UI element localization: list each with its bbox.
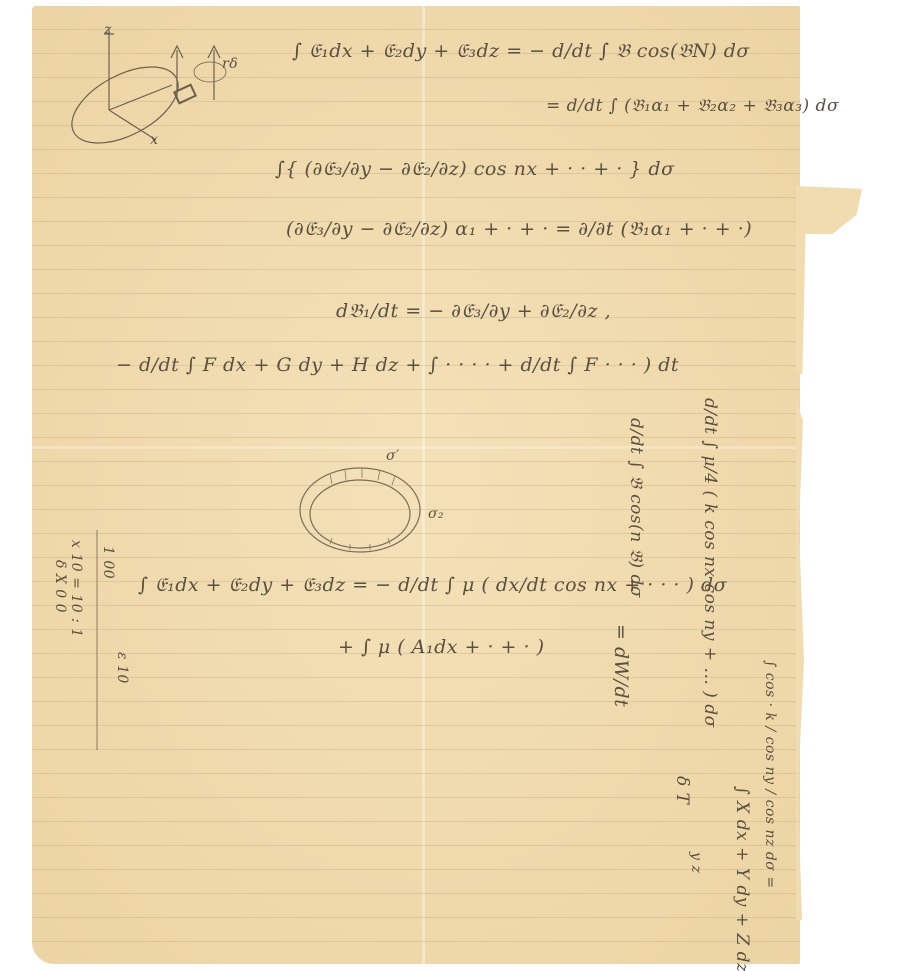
margin-right-line-2: d/dt ∫ 𝔅 cos(n 𝔅) dσ — [626, 418, 646, 598]
axis-x-label: x — [150, 132, 158, 148]
equation-6-continuation: + ∫ μ ( A₁dx + · + · ) — [338, 636, 544, 658]
axis-z-label: z — [104, 22, 112, 38]
margin-right-line-1: d/dt ∫ μ/4 ( k cos nx cos ny + ... ) dσ — [700, 398, 720, 728]
ring-sketch — [270, 430, 490, 570]
margin-right-line-5: δ T — [672, 776, 692, 804]
margin-left-text-3: 1 00 — [100, 546, 116, 579]
marker-label: rδ — [222, 56, 238, 72]
margin-left-text-2: δ X 0 0 — [52, 560, 68, 613]
ring-label-right: σ₂ — [428, 506, 444, 522]
margin-right-line-3: ∫ cos · k / cos ny / cos nz dσ = — [762, 660, 778, 889]
torn-edge — [796, 234, 812, 374]
margin-left-text-1: x 10 = 10 : 1 — [68, 540, 84, 638]
equation-4: d𝔅₁/dt = − ∂𝔈₃/∂y + ∂𝔈₂/∂z , — [336, 300, 611, 322]
margin-right-line-6: y z — [688, 852, 704, 873]
margin-right-line-4: ∫ X dx + Y dy + Z dz — [732, 786, 752, 971]
margin-left-text-4: ε 10 — [114, 652, 130, 684]
equation-2: ∫{ (∂𝔈₃/∂y − ∂𝔈₂/∂z) cos nx + · · + · } … — [275, 158, 675, 180]
equation-5: − d/dt ∫ F dx + G dy + H dz + ∫ · · · · … — [116, 354, 679, 376]
axes-sketch — [60, 0, 320, 170]
ring-label-top: σ′ — [386, 448, 400, 464]
equation-1-rhs: = d/dt ∫ (𝔅₁α₁ + 𝔅₂α₂ + 𝔅₃α₃) dσ — [546, 96, 839, 116]
torn-flap — [796, 186, 862, 234]
equation-6-result: = dW/dt — [610, 624, 632, 707]
equation-1: ∫ 𝔈₁dx + 𝔈₂dy + 𝔈₃dz = − d/dt ∫ 𝔅 cos(𝔅N… — [292, 40, 750, 62]
torn-edge — [796, 400, 806, 920]
equation-3: (∂𝔈₃/∂y − ∂𝔈₂/∂z) α₁ + · + · = ∂/∂t (𝔅₁α… — [286, 218, 752, 240]
